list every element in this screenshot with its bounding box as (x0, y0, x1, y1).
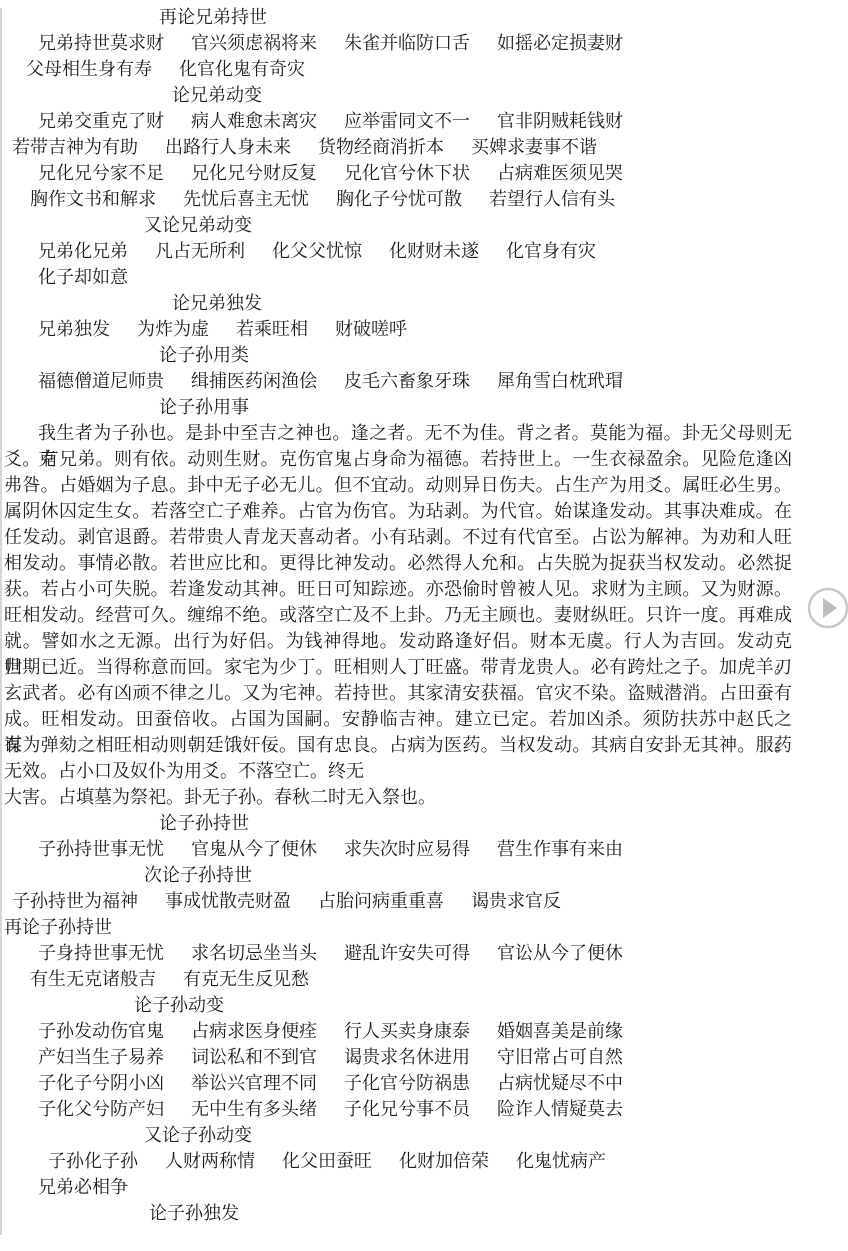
verse-line: 兄弟必相争 (4, 1175, 792, 1201)
paragraph-line: 任发动。剥官退爵。若带贵人青龙天喜动者。小有玷剥。不过有代官至。占讼为解神。为劝… (4, 525, 792, 551)
phrase-gap (470, 126, 497, 127)
verse-line: 兄弟交重克了财病人难愈未离灾应举雷同文不一官非阴贼耗钱财 (4, 109, 792, 135)
phrase-gap (317, 126, 344, 127)
verse-line: 子孙发动伤官鬼占病求医身便痊行人买卖身康泰婚姻喜美是前缘 (4, 1019, 792, 1045)
verse-line: 子化子兮阴小凶举讼兴官理不同子化官兮防祸患占病忧疑尽不中 (4, 1071, 792, 1097)
verse-line: 子孙持世事无忧官鬼从今了便休求失次时应易得营生作事有来由 (4, 837, 792, 863)
paragraph-line: 我生者为子孙也。是卦中至吉之神也。逢之者。无不为佳。背之者。莫能为福。卦无父母则… (4, 421, 792, 447)
phrase-gap (128, 256, 155, 257)
phrase-gap (317, 1036, 344, 1037)
phrase-gap (164, 126, 191, 127)
phrase-gap (317, 178, 344, 179)
phrase-gap (470, 854, 497, 855)
phrase-gap (317, 48, 344, 49)
phrase-gap (462, 204, 489, 205)
phrase-gap (470, 1114, 497, 1115)
phrase-gap (444, 152, 471, 153)
phrase-gap (291, 906, 318, 907)
paragraph-line: 获。若占小可失脱。若逢发动其神。旺日可知踪迹。亦恐偷时曾被人见。求财为主顾。又为… (4, 577, 792, 603)
phrase-gap (317, 958, 344, 959)
phrase-gap (164, 1114, 191, 1115)
verse-line: 若带吉神为有助出路行人身未来货物经商消折本买婢求妻事不谐 (4, 135, 792, 161)
section-heading: 论子孙持世 (4, 811, 792, 837)
phrase-gap (138, 906, 165, 907)
page-left-edge-line (0, 8, 2, 1235)
reader-page: 再论兄弟持世兄弟持世莫求财官兴须虑祸将来朱雀并临防口舌如摇必定损妻财父母相生身有… (0, 0, 848, 1251)
verse-line: 父母相生身有寿化官化鬼有奇灾 (4, 57, 792, 83)
phrase-gap (444, 906, 471, 907)
section-heading: 次论子孙持世 (4, 863, 792, 889)
phrase-gap (470, 1062, 497, 1063)
section-heading: 论子孙独发 (4, 1201, 792, 1227)
paragraph-line: 属阴休囚定生女。若落空亡子难养。占官为伤官。为玷剥。为代官。始谋逢发动。其事决难… (4, 499, 792, 525)
verse-line: 胸作文书和解求先忧后喜主无忧胸化子兮忧可散若望行人信有头 (4, 187, 792, 213)
phrase-gap (110, 334, 137, 335)
section-heading: 再论子孙持世 (4, 915, 792, 941)
phrase-gap (164, 1088, 191, 1089)
section-heading: 再论兄弟持世 (4, 5, 792, 31)
verse-line: 子身持世事无忧求名切忌坐当头避乱许安失可得官讼从今了便休 (4, 941, 792, 967)
paragraph-line: 成。旺相发动。田蚕倍收。占国为国嗣。安静临吉神。建立已定。若加凶杀。须防扶苏中赵… (4, 707, 792, 733)
phrase-gap (164, 1062, 191, 1063)
verse-line: 兄弟持世莫求财官兴须虑祸将来朱雀并临防口舌如摇必定损妻财 (4, 31, 792, 57)
phrase-gap (164, 854, 191, 855)
phrase-gap (470, 1088, 497, 1089)
phrase-gap (470, 386, 497, 387)
phrase-gap (164, 178, 191, 179)
verse-line: 子孙化子孙人财两称情化父田蚕旺化财加倍荣化鬼忧病产 (4, 1149, 792, 1175)
phrase-gap (164, 1036, 191, 1037)
phrase-gap (317, 1114, 344, 1115)
paragraph-line: 相发动。事情必散。若世应比和。更得比神发动。必然得人允和。占失脱为捉获当权发动。… (4, 551, 792, 577)
phrase-gap (255, 1166, 282, 1167)
phrase-gap (164, 48, 191, 49)
phrase-gap (317, 854, 344, 855)
paragraph-line: 有为弹劾之相旺相动则朝廷饿奸佞。国有忠良。占病为医药。当权发动。其病自安卦无其神… (4, 733, 792, 759)
phrase-gap (489, 1166, 516, 1167)
verse-line: 子化父兮防产妇无中生有多头绪子化兄兮事不员险诈人情疑莫去 (4, 1097, 792, 1123)
phrase-gap (372, 1166, 399, 1167)
phrase-gap (164, 386, 191, 387)
section-heading: 论兄弟动变 (4, 83, 792, 109)
paragraph-line: 玄武者。必有凶顽不律之儿。又为宅神。若持世。其家清安获福。官灾不染。盗贼潜消。占… (4, 681, 792, 707)
section-heading: 论子孙用事 (4, 395, 792, 421)
phrase-gap (164, 958, 191, 959)
phrase-gap (317, 386, 344, 387)
phrase-gap (470, 958, 497, 959)
phrase-gap (309, 204, 336, 205)
paragraph-line: 归期已近。当得称意而回。家宅为少丁。旺相则人丁旺盛。带青龙贵人。必有跨灶之子。加… (4, 655, 792, 681)
paragraph-line: 弗咎。占婚姻为子息。卦中无子必无儿。但不宜动。动则异日伤夫。占生产为用爻。属旺必… (4, 473, 792, 499)
paragraph-line: 无效。占小口及奴仆为用爻。不落空亡。终无 (4, 759, 792, 785)
phrase-gap (470, 178, 497, 179)
verse-line: 化子却如意 (4, 265, 792, 291)
paragraph-line: 就。譬如水之无源。出行为好侣。为钱神得地。发动路逢好侣。财本无虞。行人为吉回。发… (4, 629, 792, 655)
section-heading: 又论兄弟动变 (4, 213, 792, 239)
verse-line: 兄化兄兮家不足兄化兄兮财反复兄化官兮休下状占病难医须见哭 (4, 161, 792, 187)
verse-line: 有生无克诸般吉有克无生反见愁 (4, 967, 792, 993)
verse-line: 子孙持世为福神事成忧散壳财盈占胎问病重重喜谒贵求官反 (4, 889, 792, 915)
section-heading: 论子孙动变 (4, 993, 792, 1019)
phrase-gap (317, 1062, 344, 1063)
phrase-gap (362, 256, 389, 257)
paragraph-line: 旺相发动。经营可久。缠绵不绝。或落空亡及不上卦。乃无主顾也。妻财纵旺。只许一度。… (4, 603, 792, 629)
paragraph-line: 大害。占填墓为祭祀。卦无子孙。春秋二时无入祭也。 (4, 785, 792, 811)
phrase-gap (138, 152, 165, 153)
document-text: 再论兄弟持世兄弟持世莫求财官兴须虑祸将来朱雀并临防口舌如摇必定损妻财父母相生身有… (4, 5, 792, 1227)
phrase-gap (291, 152, 318, 153)
phrase-gap (156, 984, 183, 985)
phrase-gap (138, 1166, 165, 1167)
phrase-gap (470, 1036, 497, 1037)
phrase-gap (308, 334, 335, 335)
section-heading: 又论子孙动变 (4, 1123, 792, 1149)
verse-line: 福德僧道尼师贵缉捕医药闲渔侩皮毛六畜象牙珠犀角雪白枕玳瑁 (4, 369, 792, 395)
section-heading: 论子孙用类 (4, 343, 792, 369)
phrase-gap (317, 1088, 344, 1089)
play-right-icon (806, 586, 848, 630)
paragraph-line: 爻。有兄弟。则有依。动则生财。克伤官鬼占身命为福德。若持世上。一生衣禄盈余。见险… (4, 447, 792, 473)
verse-line: 兄弟独发为炸为虚若乘旺相财破嗟呼 (4, 317, 792, 343)
phrase-gap (245, 256, 272, 257)
phrase-gap (479, 256, 506, 257)
phrase-gap (156, 204, 183, 205)
phrase-gap (470, 48, 497, 49)
section-heading: 论兄弟独发 (4, 291, 792, 317)
phrase-gap (152, 74, 179, 75)
verse-line: 产妇当生子易养词讼私和不到官谒贵求名休进用守旧常占可自然 (4, 1045, 792, 1071)
phrase-gap (209, 334, 236, 335)
next-page-button[interactable] (806, 586, 848, 630)
verse-line: 兄弟化兄弟凡占无所利化父父忧惊化财财未遂化官身有灾 (4, 239, 792, 265)
